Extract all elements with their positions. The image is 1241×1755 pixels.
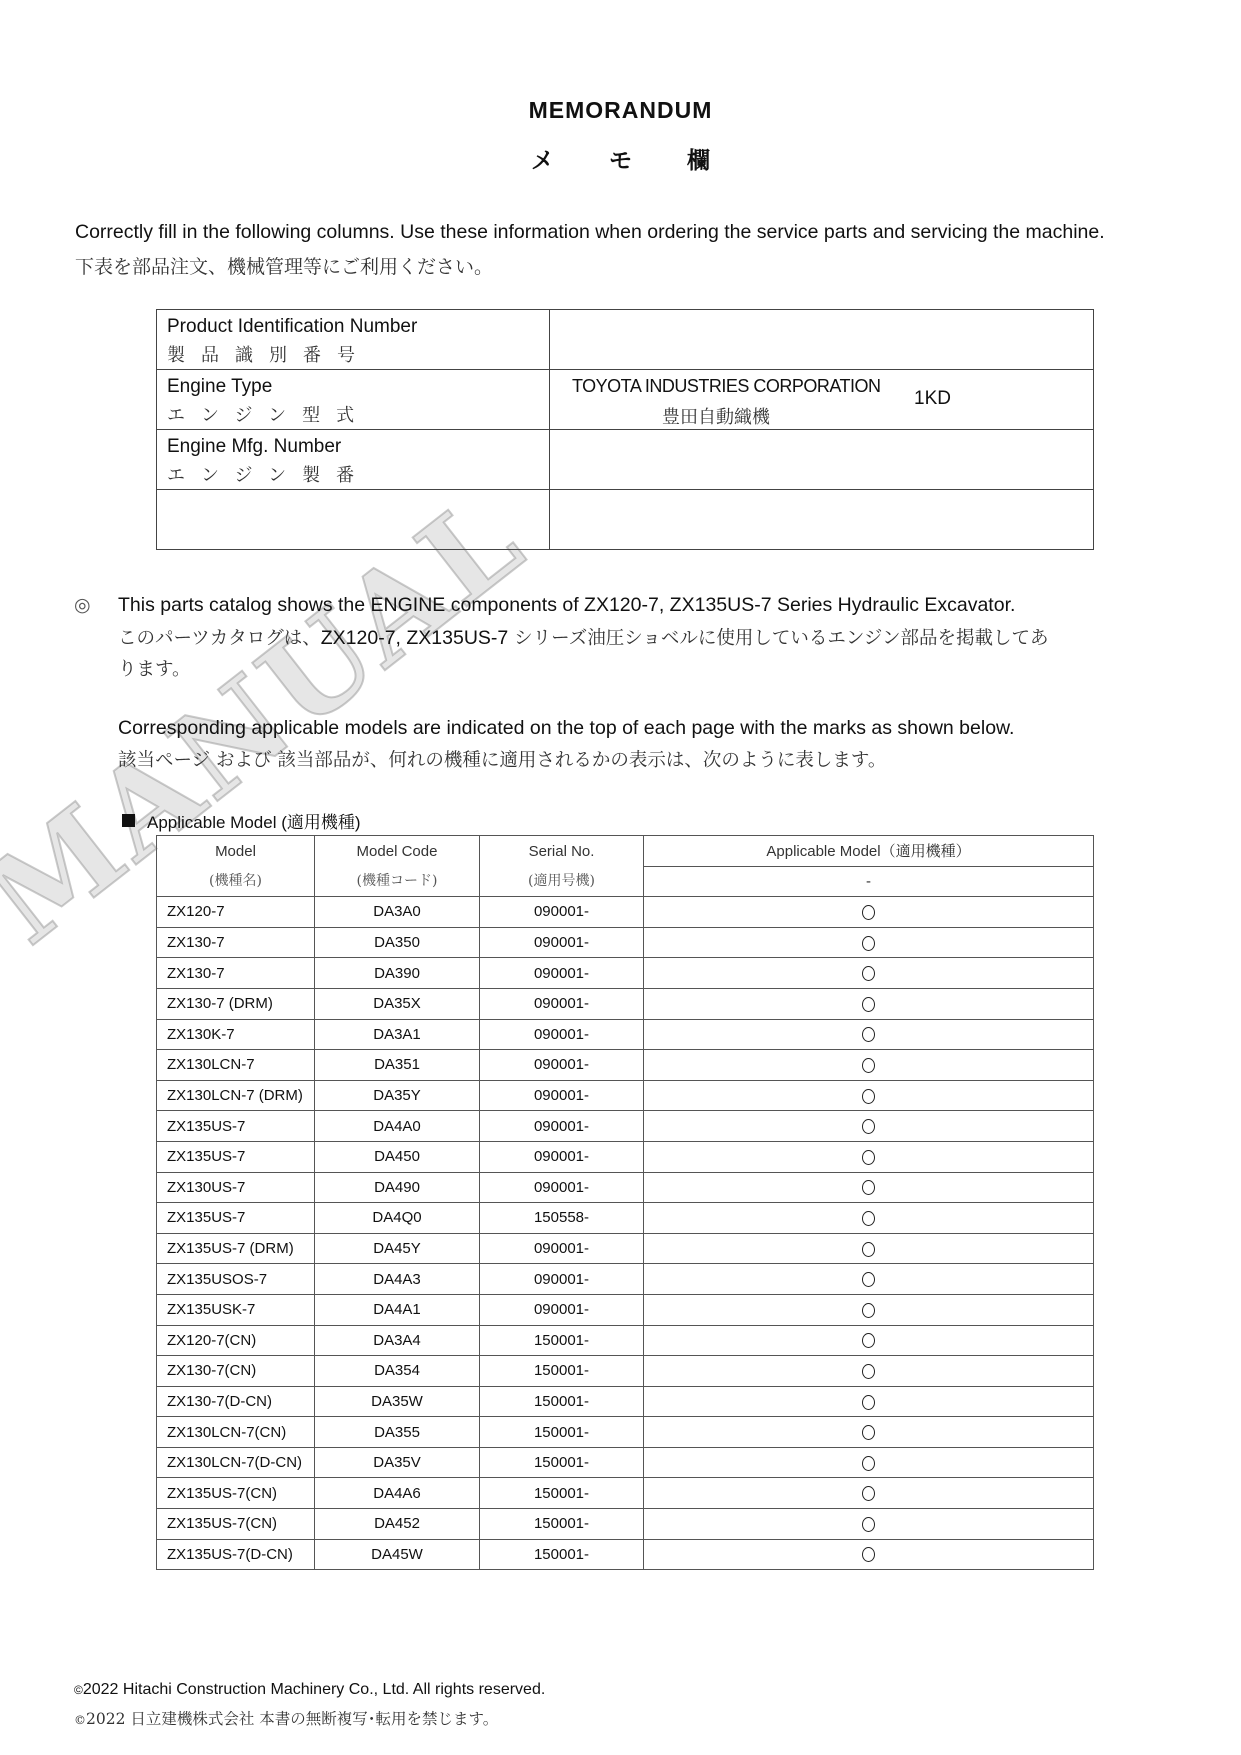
applicable-cell [644, 1509, 1094, 1540]
serial-cell: 090001- [480, 897, 644, 928]
label-jp: エンジン型式 [167, 401, 539, 427]
table-row: ZX130-7(CN)DA354150001- [157, 1356, 1094, 1387]
header-applicable: Applicable Model（適用機種） [644, 836, 1094, 867]
circle-mark-icon [862, 997, 875, 1012]
circle-mark-icon [862, 1242, 875, 1257]
header-serial: Serial No. (適用号機) [480, 836, 644, 897]
serial-cell: 090001- [480, 1080, 644, 1111]
label-cell: Engine Mfg. Number エンジン製番 [157, 430, 550, 490]
model-cell: ZX135US-7(CN) [157, 1478, 315, 1509]
applicable-cell [644, 1203, 1094, 1234]
table-row: ZX130-7 (DRM)DA35X090001- [157, 988, 1094, 1019]
engine-company-jp: 豊田自動織機 [662, 403, 770, 429]
model-cell: ZX130-7(CN) [157, 1356, 315, 1387]
header-model-en: Model [157, 843, 314, 860]
model-cell: ZX130-7 (DRM) [157, 988, 315, 1019]
circle-mark-icon [862, 1058, 875, 1073]
table-row: ZX130K-7DA3A1090001- [157, 1019, 1094, 1050]
table-row: ZX135US-7(CN)DA452150001- [157, 1509, 1094, 1540]
label-jp: エンジン製番 [167, 461, 539, 487]
circle-mark-icon [862, 1211, 875, 1226]
model-cell: ZX135USK-7 [157, 1294, 315, 1325]
model-cell: ZX135US-7(CN) [157, 1509, 315, 1540]
applicable-cell [644, 897, 1094, 928]
model-cell: ZX135US-7 [157, 1141, 315, 1172]
subtitle-char: モ [607, 142, 635, 175]
model-cell: ZX130US-7 [157, 1172, 315, 1203]
header-model-jp: (機種名) [157, 870, 314, 890]
blank-label-cell[interactable] [157, 490, 550, 550]
page-subtitle: メ モ 欄 [0, 142, 1241, 175]
double-circle-icon: ◎ [74, 594, 91, 617]
serial-cell: 150001- [480, 1325, 644, 1356]
applicable-cell [644, 1447, 1094, 1478]
table-row: ZX130-7(D-CN)DA35W150001- [157, 1386, 1094, 1417]
copyright-jp: ©2022 日立建機株式会社 本書の無断複写･転用を禁じます。 [74, 1707, 498, 1729]
circle-mark-icon [862, 1364, 875, 1379]
table-row: ZX135US-7DA4Q0150558- [157, 1203, 1094, 1234]
circle-mark-icon [862, 1272, 875, 1287]
model-code-cell: DA3A4 [315, 1325, 480, 1356]
applicable-cell [644, 1417, 1094, 1448]
serial-cell: 090001- [480, 1233, 644, 1264]
subtitle-char: メ [529, 142, 557, 175]
serial-cell: 090001- [480, 1050, 644, 1081]
serial-cell: 090001- [480, 958, 644, 989]
table-row: Engine Mfg. Number エンジン製番 [157, 430, 1094, 490]
table-row: Engine Type エンジン型式 TOYOTA INDUSTRIES COR… [157, 370, 1094, 430]
circle-mark-icon [862, 905, 875, 920]
label-en: Product Identification Number [167, 316, 539, 338]
applicable-model-table: Model (機種名) Model Code (機種コード) Serial No… [156, 835, 1094, 1570]
circle-mark-icon [862, 1547, 875, 1562]
model-cell: ZX120-7(CN) [157, 1325, 315, 1356]
applicable-model-heading: Applicable Model (適用機種) [122, 808, 361, 833]
circle-mark-icon [862, 1486, 875, 1501]
model-code-cell: DA4A3 [315, 1264, 480, 1295]
model-cell: ZX130LCN-7 (DRM) [157, 1080, 315, 1111]
applicable-cell [644, 1356, 1094, 1387]
applicable-cell [644, 1325, 1094, 1356]
table-row: ZX135US-7(D-CN)DA45W150001- [157, 1539, 1094, 1570]
serial-cell: 150001- [480, 1509, 644, 1540]
model-cell: ZX120-7 [157, 897, 315, 928]
circle-mark-icon [862, 1395, 875, 1410]
table-row: ZX135US-7 (DRM)DA45Y090001- [157, 1233, 1094, 1264]
model-code-cell: DA35X [315, 988, 480, 1019]
model-cell: ZX130-7(D-CN) [157, 1386, 315, 1417]
circle-mark-icon [862, 1119, 875, 1134]
table-row: ZX130LCN-7(CN)DA355150001- [157, 1417, 1094, 1448]
serial-cell: 150001- [480, 1386, 644, 1417]
serial-cell: 090001- [480, 1264, 644, 1295]
blank-value-field[interactable] [550, 490, 1094, 550]
table-row: ZX135US-7(CN)DA4A6150001- [157, 1478, 1094, 1509]
model-code-cell: DA351 [315, 1050, 480, 1081]
label-cell: Engine Type エンジン型式 [157, 370, 550, 430]
model-cell: ZX135USOS-7 [157, 1264, 315, 1295]
engine-code: 1KD [914, 388, 951, 410]
intro-text-en: Correctly fill in the following columns.… [75, 221, 1105, 244]
copyright-icon: © [74, 1683, 83, 1697]
serial-cell: 150001- [480, 1539, 644, 1570]
models-note-en: Corresponding applicable models are indi… [118, 717, 1014, 740]
copyright-en: ©2022 Hitachi Construction Machinery Co.… [74, 1681, 545, 1699]
circle-mark-icon [862, 1150, 875, 1165]
table-row: ZX135USOS-7DA4A3090001- [157, 1264, 1094, 1295]
applicable-cell [644, 1019, 1094, 1050]
applicable-cell [644, 1172, 1094, 1203]
table-row: ZX130-7DA390090001- [157, 958, 1094, 989]
table-row: ZX130US-7DA490090001- [157, 1172, 1094, 1203]
model-code-cell: DA4A0 [315, 1111, 480, 1142]
product-id-value-field[interactable] [550, 310, 1094, 370]
model-code-cell: DA3A0 [315, 897, 480, 928]
applicable-cell [644, 1294, 1094, 1325]
catalog-note-jp-line2: ります。 [118, 655, 191, 681]
models-note-jp: 該当ページ および 該当部品が、何れの機種に適用されるかの表示は、次のように表し… [118, 746, 886, 772]
model-cell: ZX130LCN-7 [157, 1050, 315, 1081]
applicable-cell [644, 1141, 1094, 1172]
model-code-cell: DA45W [315, 1539, 480, 1570]
model-cell: ZX135US-7 (DRM) [157, 1233, 315, 1264]
model-rows: ZX120-7DA3A0090001-ZX130-7DA350090001-ZX… [157, 897, 1094, 1570]
engine-mfg-number-field[interactable] [550, 430, 1094, 490]
header-serial-en: Serial No. [480, 843, 643, 860]
serial-cell: 090001- [480, 988, 644, 1019]
catalog-note-en: This parts catalog shows the ENGINE comp… [118, 594, 1015, 617]
table-row: ZX130-7DA350090001- [157, 927, 1094, 958]
model-code-cell: DA350 [315, 927, 480, 958]
model-code-cell: DA3A1 [315, 1019, 480, 1050]
label-en: Engine Type [167, 376, 539, 398]
model-code-cell: DA354 [315, 1356, 480, 1387]
catalog-note-jp-pre: このパーツカタログは、 [118, 628, 321, 649]
table-row: ZX135US-7DA4A0090001- [157, 1111, 1094, 1142]
catalog-note-jp: このパーツカタログは、ZX120-7, ZX135US-7 シリーズ油圧ショベル… [118, 624, 1048, 650]
catalog-note-jp-post: シリーズ油圧ショベルに使用しているエンジン部品を掲載してあ [508, 628, 1048, 649]
circle-mark-icon [862, 1456, 875, 1471]
engine-type-value: TOYOTA INDUSTRIES CORPORATION 豊田自動織機 1KD [550, 370, 1094, 430]
header-applicable-sub: - [644, 866, 1094, 897]
table-row: ZX120-7DA3A0090001- [157, 897, 1094, 928]
model-code-cell: DA490 [315, 1172, 480, 1203]
circle-mark-icon [862, 1517, 875, 1532]
copyright-en-text: 2022 Hitachi Construction Machinery Co.,… [83, 1681, 545, 1698]
subtitle-char: 欄 [685, 142, 713, 175]
applicable-cell [644, 1386, 1094, 1417]
model-cell: ZX130-7 [157, 958, 315, 989]
serial-cell: 150001- [480, 1356, 644, 1387]
circle-mark-icon [862, 1333, 875, 1348]
page-title: MEMORANDUM [0, 97, 1241, 124]
model-code-cell: DA45Y [315, 1233, 480, 1264]
serial-cell: 090001- [480, 1111, 644, 1142]
model-code-cell: DA4A1 [315, 1294, 480, 1325]
model-code-cell: DA355 [315, 1417, 480, 1448]
table-row: ZX130LCN-7(D-CN)DA35V150001- [157, 1447, 1094, 1478]
circle-mark-icon [862, 936, 875, 951]
circle-mark-icon [862, 1425, 875, 1440]
label-jp: 製品識別番号 [167, 341, 539, 367]
circle-mark-icon [862, 1027, 875, 1042]
model-code-cell: DA4Q0 [315, 1203, 480, 1234]
model-cell: ZX135US-7(D-CN) [157, 1539, 315, 1570]
serial-cell: 150001- [480, 1417, 644, 1448]
applicable-cell [644, 1080, 1094, 1111]
table-row: ZX135US-7DA450090001- [157, 1141, 1094, 1172]
circle-mark-icon [862, 966, 875, 981]
serial-cell: 150558- [480, 1203, 644, 1234]
table-row: Product Identification Number 製品識別番号 [157, 310, 1094, 370]
label-en: Engine Mfg. Number [167, 436, 539, 458]
copyright-icon: © [74, 1713, 86, 1727]
applicable-cell [644, 988, 1094, 1019]
copyright-jp-text: 2022 日立建機株式会社 本書の無断複写･転用を禁じます。 [86, 1710, 498, 1728]
header-serial-jp: (適用号機) [480, 870, 643, 890]
applicable-cell [644, 1233, 1094, 1264]
engine-company-en: TOYOTA INDUSTRIES CORPORATION [572, 376, 881, 397]
circle-mark-icon [862, 1303, 875, 1318]
model-cell: ZX130-7 [157, 927, 315, 958]
serial-cell: 090001- [480, 1141, 644, 1172]
identification-table: Product Identification Number 製品識別番号 Eng… [156, 309, 1094, 550]
circle-mark-icon [862, 1180, 875, 1195]
model-code-cell: DA390 [315, 958, 480, 989]
table-row: ZX130LCN-7 (DRM)DA35Y090001- [157, 1080, 1094, 1111]
table-row: ZX130LCN-7DA351090001- [157, 1050, 1094, 1081]
label-cell: Product Identification Number 製品識別番号 [157, 310, 550, 370]
model-code-cell: DA35Y [315, 1080, 480, 1111]
model-cell: ZX130LCN-7(CN) [157, 1417, 315, 1448]
model-cell: ZX135US-7 [157, 1111, 315, 1142]
model-code-cell: DA452 [315, 1509, 480, 1540]
applicable-cell [644, 1111, 1094, 1142]
model-code-cell: DA35V [315, 1447, 480, 1478]
applicable-model-label: Applicable Model (適用機種) [147, 808, 361, 833]
catalog-note-jp-models: ZX120-7, ZX135US-7 [321, 627, 509, 649]
header-code-jp: (機種コード) [315, 870, 479, 890]
square-bullet-icon [122, 814, 135, 827]
applicable-cell [644, 927, 1094, 958]
serial-cell: 090001- [480, 1294, 644, 1325]
serial-cell: 090001- [480, 1019, 644, 1050]
applicable-cell [644, 958, 1094, 989]
serial-cell: 150001- [480, 1478, 644, 1509]
header-model-code: Model Code (機種コード) [315, 836, 480, 897]
model-code-cell: DA35W [315, 1386, 480, 1417]
applicable-cell [644, 1478, 1094, 1509]
table-row: ZX120-7(CN)DA3A4150001- [157, 1325, 1094, 1356]
header-model: Model (機種名) [157, 836, 315, 897]
table-header-row: Model (機種名) Model Code (機種コード) Serial No… [157, 836, 1094, 867]
applicable-cell [644, 1264, 1094, 1295]
model-code-cell: DA450 [315, 1141, 480, 1172]
model-code-cell: DA4A6 [315, 1478, 480, 1509]
table-row: ZX135USK-7DA4A1090001- [157, 1294, 1094, 1325]
serial-cell: 090001- [480, 927, 644, 958]
model-cell: ZX130K-7 [157, 1019, 315, 1050]
serial-cell: 150001- [480, 1447, 644, 1478]
circle-mark-icon [862, 1089, 875, 1104]
table-row [157, 490, 1094, 550]
header-code-en: Model Code [315, 843, 479, 860]
model-cell: ZX135US-7 [157, 1203, 315, 1234]
serial-cell: 090001- [480, 1172, 644, 1203]
applicable-cell [644, 1539, 1094, 1570]
intro-text-jp: 下表を部品注文、機械管理等にご利用ください。 [75, 252, 493, 279]
applicable-cell [644, 1050, 1094, 1081]
model-cell: ZX130LCN-7(D-CN) [157, 1447, 315, 1478]
